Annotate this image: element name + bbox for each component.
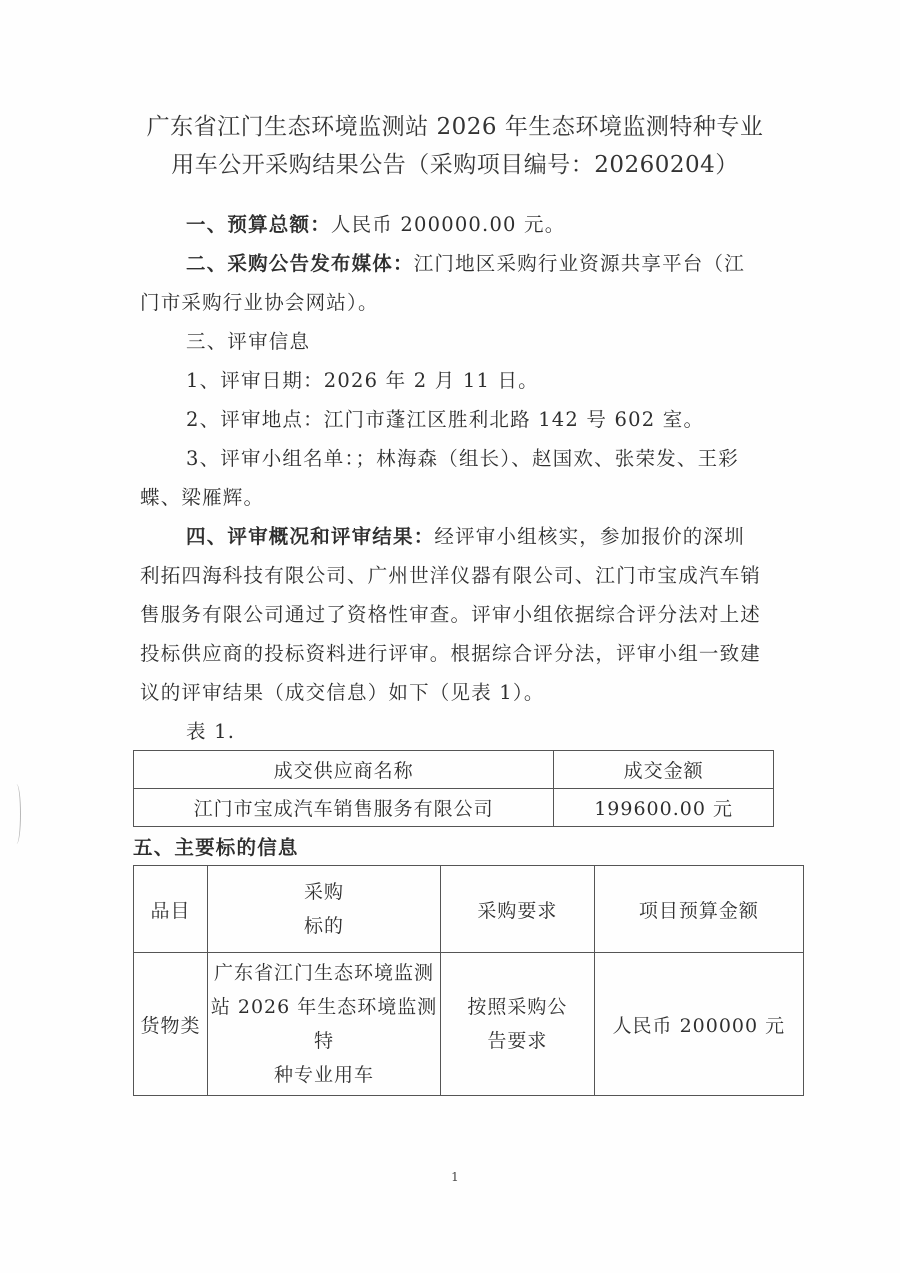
review-result-text-1: 经评审小组核实，参加报价的深圳	[434, 525, 745, 548]
media-label: 二、采购公告发布媒体：	[186, 252, 414, 275]
header-subject-line-1: 采购	[208, 875, 440, 909]
review-result-text-5: 议的评审结果（成交信息）如下（见表 1）。	[140, 673, 780, 712]
main-subject-heading: 五、主要标的信息	[133, 828, 773, 867]
table-row: 江门市宝成汽车销售服务有限公司 199600.00 元	[134, 789, 774, 827]
cell-subject-line-1: 广东省江门生态环境监测	[208, 956, 440, 990]
review-result-text-4: 投标供应商的投标资料进行评审。根据综合评分法，评审小组一致建	[140, 634, 780, 673]
binding-mark	[12, 784, 21, 844]
review-location: 2、评审地点：江门市蓬江区胜利北路 142 号 602 室。	[140, 400, 826, 439]
cell-subject-line-2: 站 2026 年生态环境监测特	[208, 990, 440, 1058]
table-row: 货物类 广东省江门生态环境监测 站 2026 年生态环境监测特 种专业用车 按照…	[134, 953, 804, 1096]
cell-budget: 人民币 200000 元	[594, 953, 803, 1096]
budget-text: 人民币 200000.00 元。	[331, 213, 566, 236]
review-result-text-3: 售服务有限公司通过了资格性审查。评审小组依据综合评分法对上述	[140, 595, 780, 634]
table1-caption: 表 1.	[140, 712, 826, 751]
cell-requirement-line-2: 告要求	[441, 1024, 594, 1058]
cell-requirement-line-1: 按照采购公	[441, 990, 594, 1024]
header-budget: 项目预算金额	[594, 866, 803, 953]
page-title: 广东省江门生态环境监测站 2026 年生态环境监测特种专业 用车公开采购结果公告…	[130, 108, 780, 184]
header-amount: 成交金额	[554, 751, 774, 789]
cell-amount: 199600.00 元	[554, 789, 774, 827]
media-text-2: 门市采购行业协会网站）。	[140, 283, 780, 322]
table-header-row: 成交供应商名称 成交金额	[134, 751, 774, 789]
page-number: 1	[440, 1170, 470, 1184]
review-date: 1、评审日期：2026 年 2 月 11 日。	[140, 361, 826, 400]
cell-subject: 广东省江门生态环境监测 站 2026 年生态环境监测特 种专业用车	[207, 953, 440, 1096]
title-line-1: 广东省江门生态环境监测站 2026 年生态环境监测特种专业	[130, 108, 780, 146]
title-line-2: 用车公开采购结果公告（采购项目编号：20260204）	[130, 146, 780, 184]
review-result-text-2: 利拓四海科技有限公司、广州世洋仪器有限公司、江门市宝成汽车销	[140, 556, 780, 595]
subject-info-table: 品目 采购 标的 采购要求 项目预算金额 货物类 广东省江门生态环境监测 站 2…	[133, 865, 804, 1096]
review-info-heading: 三、评审信息	[140, 322, 826, 361]
review-panel-2: 蝶、梁雁辉。	[140, 478, 780, 517]
media-text-1: 江门地区采购行业资源共享平台（江	[414, 252, 745, 275]
review-panel-1: 3、评审小组名单：；林海森（组长）、赵国欢、张荣发、王彩	[140, 439, 826, 478]
header-subject-line-2: 标的	[208, 909, 440, 943]
cell-subject-line-3: 种专业用车	[208, 1058, 440, 1092]
section-review-result: 四、评审概况和评审结果：经评审小组核实，参加报价的深圳	[140, 517, 826, 556]
budget-label: 一、预算总额：	[186, 213, 331, 236]
cell-category: 货物类	[134, 953, 208, 1096]
table-header-row: 品目 采购 标的 采购要求 项目预算金额	[134, 866, 804, 953]
header-subject: 采购 标的	[207, 866, 440, 953]
cell-supplier: 江门市宝成汽车销售服务有限公司	[134, 789, 554, 827]
document-page: 广东省江门生态环境监测站 2026 年生态环境监测特种专业 用车公开采购结果公告…	[0, 0, 900, 1273]
header-category: 品目	[134, 866, 208, 953]
review-result-label: 四、评审概况和评审结果：	[186, 525, 434, 548]
header-requirement: 采购要求	[441, 866, 595, 953]
header-supplier: 成交供应商名称	[134, 751, 554, 789]
section-media: 二、采购公告发布媒体：江门地区采购行业资源共享平台（江	[140, 244, 826, 283]
award-table: 成交供应商名称 成交金额 江门市宝成汽车销售服务有限公司 199600.00 元	[133, 750, 774, 827]
cell-requirement: 按照采购公 告要求	[441, 953, 595, 1096]
section-budget: 一、预算总额：人民币 200000.00 元。	[140, 205, 826, 244]
